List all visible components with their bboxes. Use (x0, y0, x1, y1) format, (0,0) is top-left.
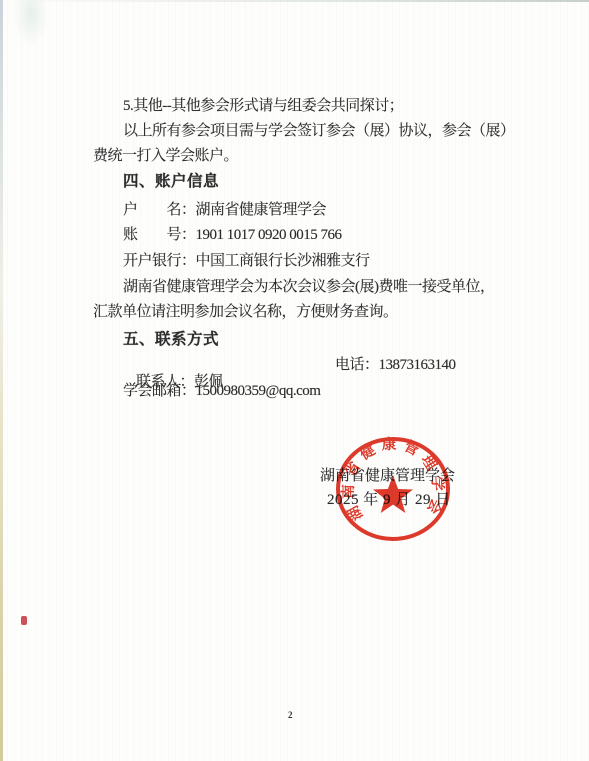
scan-edge-top (0, 0, 589, 2)
seal-star-icon (373, 475, 413, 513)
scan-smudge (14, 0, 48, 46)
page-number: 2 (288, 710, 293, 720)
payment-note-line-2: 汇款单位请注明参加会议名称，方便财务查询。 (93, 304, 398, 321)
paragraph-agreement-2: 费统一打入学会账户。 (93, 148, 238, 165)
paragraph-other-option: 5.其他--其他参会形式请与组委会共同探讨； (123, 98, 403, 115)
scanned-document-page: 5.其他--其他参会形式请与组委会共同探讨； 以上所有参会项目需与学会签订参会（… (0, 0, 589, 761)
paragraph-agreement-1: 以上所有参会项目需与学会签订参会（展）协议，参会（展） (123, 123, 515, 140)
email-line: 学会邮箱：1500980359@qq.com (123, 383, 320, 400)
scan-edge-left (0, 0, 3, 761)
account-number-line: 账 号：1901 1017 0920 0015 766 (123, 227, 342, 244)
bank-line: 开户银行：中国工商银行长沙湘雅支行 (123, 253, 370, 270)
account-name-line: 户 名：湖南省健康管理学会 (123, 202, 326, 219)
section-heading-contact: 五、联系方式 (123, 331, 219, 348)
payment-note-line-1: 湖南省健康管理学会为本次会议参会(展)费唯一接受单位， (123, 279, 495, 296)
section-heading-account-info: 四、账户信息 (123, 173, 219, 190)
contact-phone: 电话：13873163140 (335, 357, 456, 374)
official-seal-stamp: 湖南省健康管理学会 (334, 434, 452, 546)
seal-graphic: 湖南省健康管理学会 (334, 434, 452, 546)
ink-speck (21, 616, 27, 625)
